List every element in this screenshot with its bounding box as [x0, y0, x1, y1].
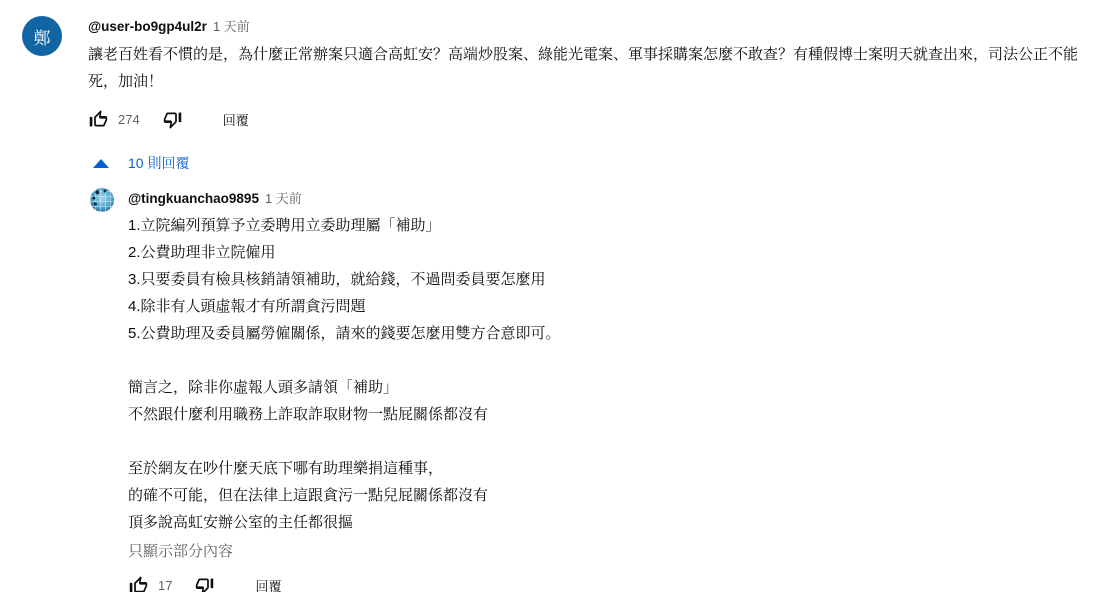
reply-text-line: 至於網友在吵什麼天底下哪有助理樂捐這種事， [128, 455, 1068, 482]
reply-text-line: 的確不可能，但在法律上這跟貪污一點兒屁關係都沒有 [128, 482, 1068, 509]
reply-like-count: 17 [158, 578, 172, 592]
reply-timestamp[interactable]: 1 天前 [265, 188, 302, 207]
reply-author[interactable]: @tingkuanchao9895 [128, 191, 259, 206]
reply-text-line: 2.公費助理非立院僱用 [128, 239, 1068, 266]
avatar-letter: 鄭 [34, 24, 51, 49]
comment-header: @user-bo9gp4ul2r 1 天前 [88, 16, 1092, 35]
reply-content: @tingkuanchao9895 1 天前 1.立院編列預算予立委聘用立委助理… [128, 188, 1092, 592]
reply-avatar[interactable] [90, 188, 114, 212]
comment-author[interactable]: @user-bo9gp4ul2r [88, 19, 207, 34]
comment-content: @user-bo9gp4ul2r 1 天前 讓老百姓看不慣的是，為什麼正常辦案只… [88, 16, 1092, 130]
reply-like-button[interactable] [128, 575, 149, 592]
like-count: 274 [118, 112, 140, 127]
reply-button[interactable]: 回覆 [219, 110, 253, 129]
reply-text-line: 4.除非有人頭虛報才有所謂貪污問題 [128, 293, 1068, 320]
thumb-up-icon [88, 109, 109, 130]
reply-text-line: 3.只要委員有檢具核銷請領補助，就給錢，不過問委員要怎麼用 [128, 266, 1068, 293]
reply-text-line [128, 347, 1068, 374]
reply-dislike-button[interactable] [194, 575, 215, 592]
reply-text: 1.立院編列預算予立委聘用立委助理屬「補助」 2.公費助理非立院僱用 3.只要委… [128, 212, 1068, 536]
comment-timestamp[interactable]: 1 天前 [213, 16, 250, 35]
reply-text-line: 1.立院編列預算予立委聘用立委助理屬「補助」 [128, 212, 1068, 239]
truncation-notice[interactable]: 只顯示部分內容 [128, 538, 233, 565]
reply-text-line: 不然跟什麼利用職務上詐取詐取財物一點屁關係都沒有 [128, 401, 1068, 428]
thumb-down-icon [162, 109, 183, 130]
thumb-down-icon [194, 575, 215, 592]
like-button[interactable] [88, 109, 109, 130]
thumb-up-icon [128, 575, 149, 592]
reply-text-line: 簡言之，除非你虛報人頭多請領「補助」 [128, 374, 1068, 401]
dislike-button[interactable] [162, 109, 183, 130]
reply-text-line: 頂多說高虹安辦公室的主任都很摳 [128, 509, 1068, 536]
replies-toggle[interactable]: 10 則回覆 [93, 153, 189, 173]
reply-action-bar: 17 回覆 [128, 574, 1092, 592]
reply: @tingkuanchao9895 1 天前 1.立院編列預算予立委聘用立委助理… [0, 173, 1108, 592]
comment-thread: 鄭 @user-bo9gp4ul2r 1 天前 讓老百姓看不慣的是，為什麼正常辦… [0, 0, 1108, 592]
comment-text: 讓老百姓看不慣的是，為什麼正常辦案只適合高虹安？高端炒股案、綠能光電案、軍事採購… [88, 41, 1092, 95]
avatar[interactable]: 鄭 [22, 16, 62, 56]
replies-toggle-label: 10 則回覆 [128, 153, 189, 173]
comment: 鄭 @user-bo9gp4ul2r 1 天前 讓老百姓看不慣的是，為什麼正常辦… [0, 0, 1108, 130]
comment-action-bar: 274 回覆 [88, 108, 1092, 130]
reply-reply-button[interactable]: 回覆 [251, 576, 285, 592]
reply-text-line [128, 428, 1068, 455]
reply-text-line: 5.公費助理及委員屬勞僱關係，請來的錢要怎麼用雙方合意即可。 [128, 320, 1068, 347]
reply-header: @tingkuanchao9895 1 天前 [128, 188, 1092, 207]
collapse-replies-icon [93, 159, 109, 168]
